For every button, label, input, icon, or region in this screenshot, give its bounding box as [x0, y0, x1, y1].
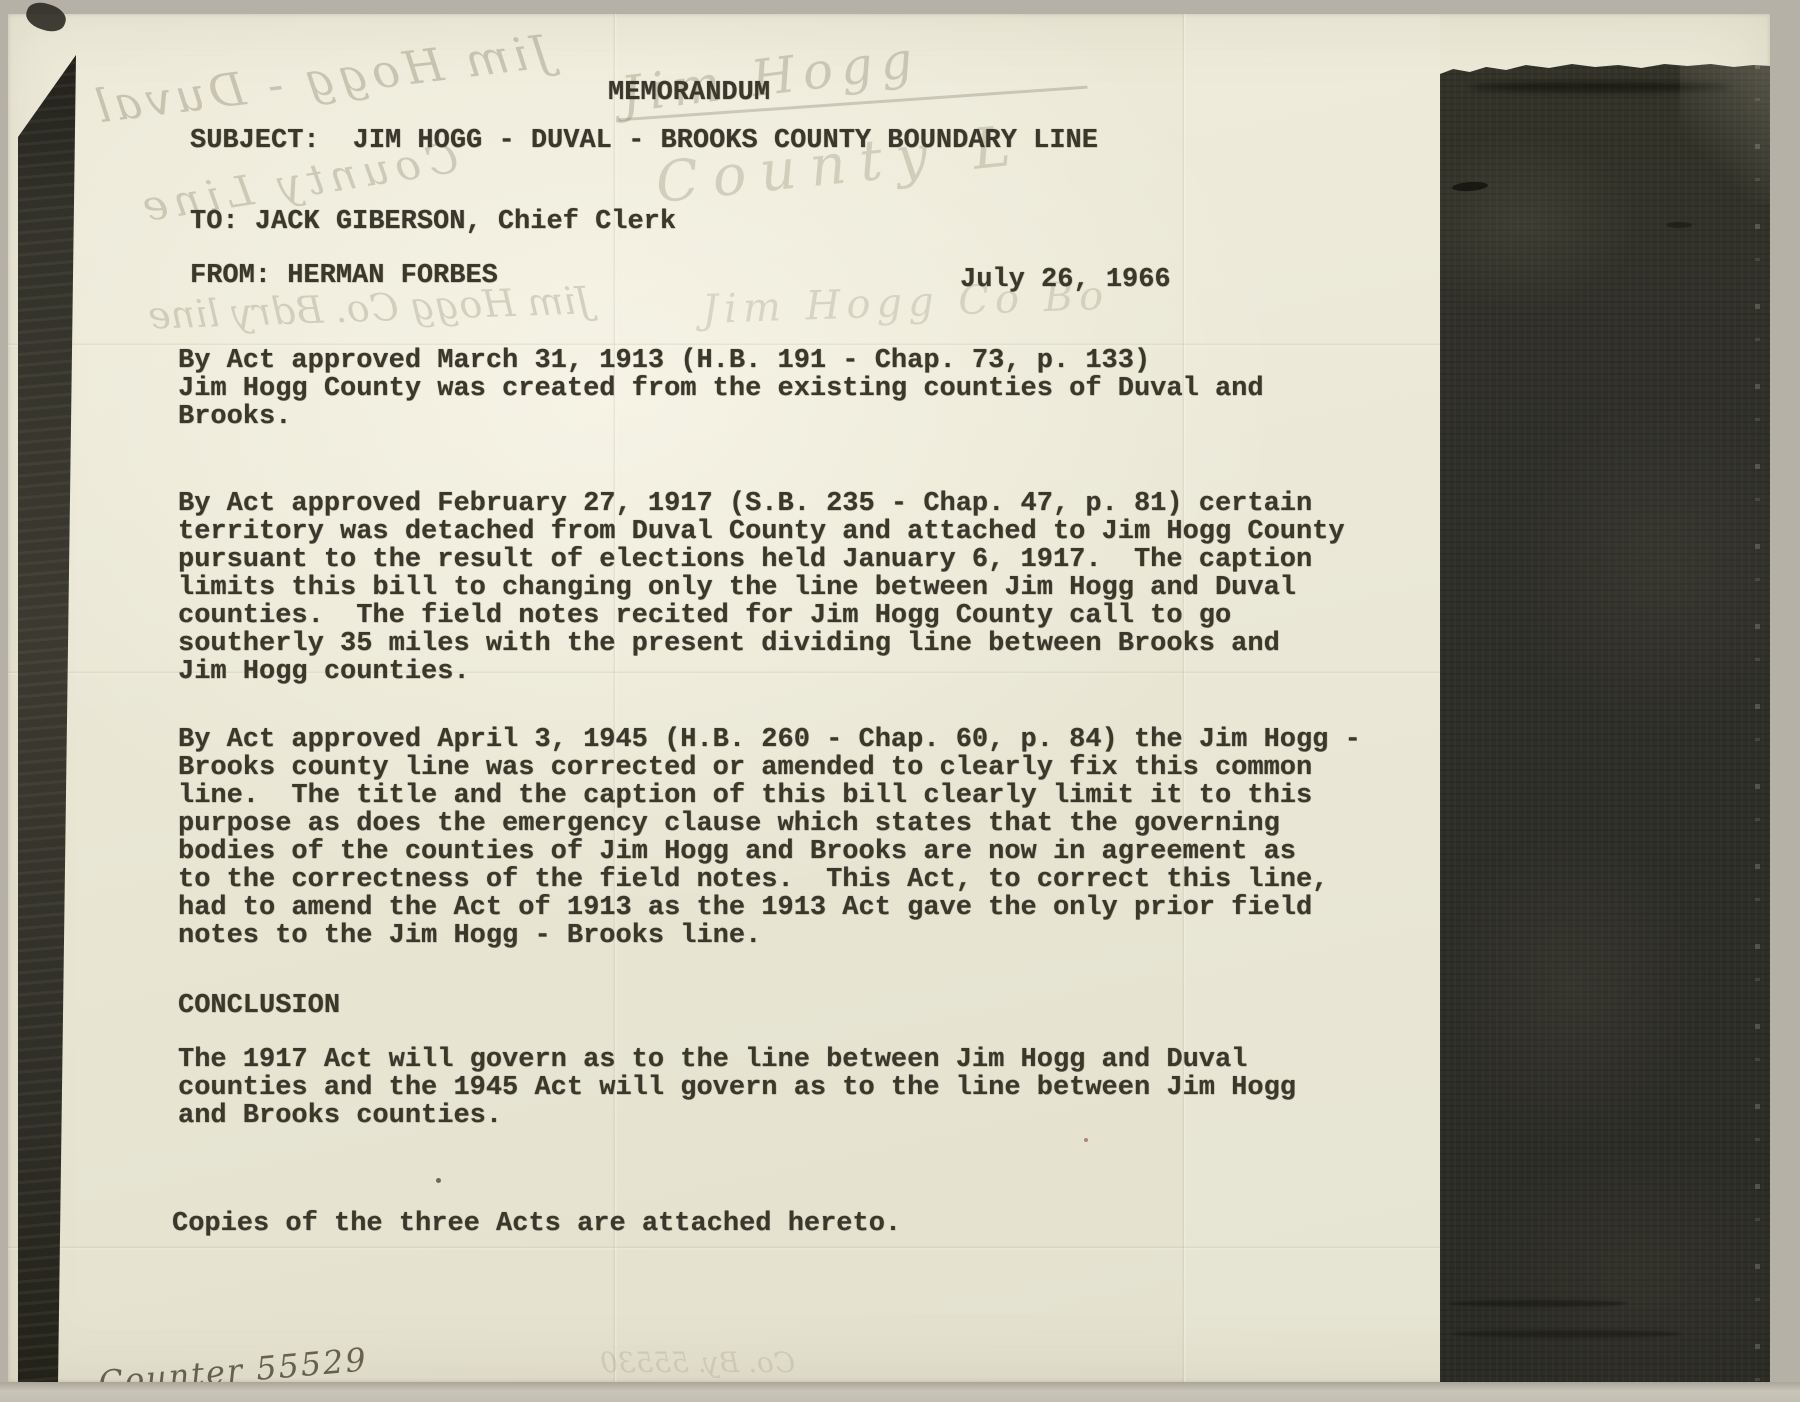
to-line: TO: JACK GIBERSON, Chief Clerk	[190, 208, 676, 236]
memo-title: MEMORANDUM	[608, 79, 770, 107]
conclusion-paragraph: The 1917 Act will govern as to the line …	[178, 1046, 1296, 1130]
subject-line: SUBJECT:JIM HOGG - DUVAL - BROOKS COUNTY…	[190, 127, 1098, 155]
subject-label: SUBJECT:	[190, 126, 320, 156]
band-smudge	[1448, 1300, 1628, 1307]
ink-speck	[436, 1178, 441, 1183]
rust-speck	[1084, 1138, 1088, 1142]
scan-mat-bottom-strip	[0, 1382, 1800, 1402]
paragraph-act-1917: By Act approved February 27, 1917 (S.B. …	[178, 490, 1345, 686]
band-smudge	[1452, 1330, 1682, 1338]
paragraph-act-1945: By Act approved April 3, 1945 (H.B. 260 …	[178, 726, 1361, 950]
closing-line: Copies of the three Acts are attached he…	[172, 1210, 901, 1238]
date: July 26, 1966	[960, 266, 1171, 294]
scanned-memo-page: Jim Hogg - Duval County Line Jim Hogg Co…	[0, 0, 1800, 1402]
scan-tone-shift	[1184, 14, 1440, 1382]
from-line: FROM: HERMAN FORBES	[190, 262, 498, 290]
band-smudge	[1666, 222, 1692, 228]
fold-crease-vertical-right	[1182, 14, 1186, 1382]
paragraph-act-1913: By Act approved March 31, 1913 (H.B. 191…	[178, 347, 1264, 431]
band-edge-speckles	[1755, 64, 1760, 1383]
conclusion-heading: CONCLUSION	[178, 992, 340, 1020]
scan-black-band-right	[1440, 64, 1770, 1383]
pencil-note-bottom-mirrored: Co. By. 55530	[600, 1346, 795, 1379]
subject-text: JIM HOGG - DUVAL - BROOKS COUNTY BOUNDAR…	[353, 126, 1098, 156]
